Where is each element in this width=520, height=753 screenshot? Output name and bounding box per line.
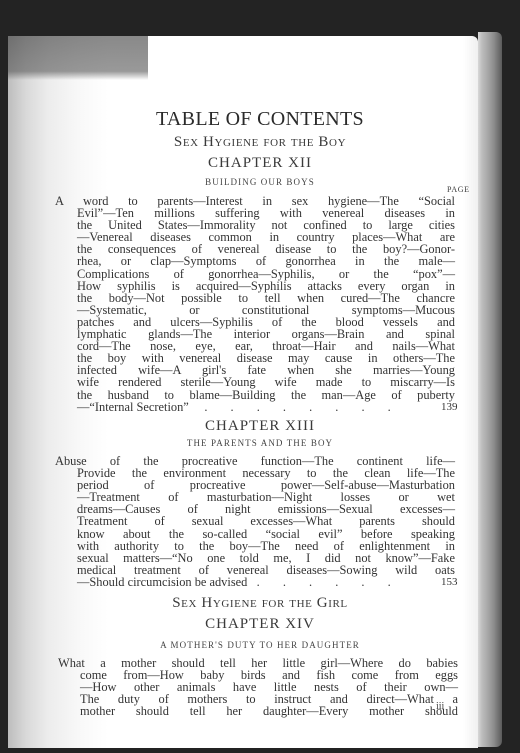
- chapter-xiii-summary: Abuse of the procreative function—The co…: [55, 455, 455, 588]
- page-title: TABLE OF CONTENTS: [0, 108, 520, 131]
- page-number-xii: 139: [441, 401, 458, 413]
- chapter-subtitle-xiii: The Parents and the Boy: [0, 438, 520, 448]
- chapter-xii-summary: A word to parents—Interest in sex hygien…: [55, 195, 455, 413]
- summary-line: wife rendered sterile—Young wife made to…: [55, 376, 455, 388]
- section-heading-girl: Sex Hygiene for the Girl: [0, 595, 520, 612]
- scan-shadow: [8, 36, 148, 80]
- summary-line: know about the so-called “social evil” b…: [55, 528, 455, 540]
- summary-line: —Should circumcision be advised . . . . …: [55, 576, 455, 588]
- summary-line: Treatment of sexual excesses—What parent…: [55, 515, 455, 527]
- section-heading-boy: Sex Hygiene for the Boy: [0, 134, 520, 151]
- summary-line: —“Internal Secretion” . . . . . . . .: [55, 401, 455, 413]
- summary-line: mother should tell her daughter—Every mo…: [58, 705, 458, 717]
- chapter-subtitle-xiv: A Mother's Duty to Her Daughter: [0, 640, 520, 650]
- chapter-xiv-summary: What a mother should tell her little gir…: [58, 657, 458, 717]
- chapter-subtitle-xii: Building our Boys: [0, 177, 520, 187]
- dot-leader: . . . . . . . .: [204, 400, 400, 414]
- chapter-heading-xiii: CHAPTER XIII: [0, 418, 520, 435]
- chapter-heading-xiv: CHAPTER XIV: [0, 616, 520, 633]
- summary-line: rhea, or clap—Symptoms of gonorrhea in t…: [55, 255, 455, 267]
- chapter-heading-xii: CHAPTER XII: [0, 155, 520, 172]
- page-number-xiii: 153: [441, 576, 458, 588]
- summary-line: How syphilis is acquired—Syphilis attack…: [55, 280, 455, 292]
- summary-line: with authority to the boy—The need of en…: [55, 540, 455, 552]
- folio-page-number: iii: [436, 701, 444, 712]
- page-column-label: PAGE: [447, 185, 470, 194]
- summary-line: Complications of gonorrhea—Syphilis, or …: [55, 268, 455, 280]
- dot-leader: . . . . . .: [257, 575, 401, 589]
